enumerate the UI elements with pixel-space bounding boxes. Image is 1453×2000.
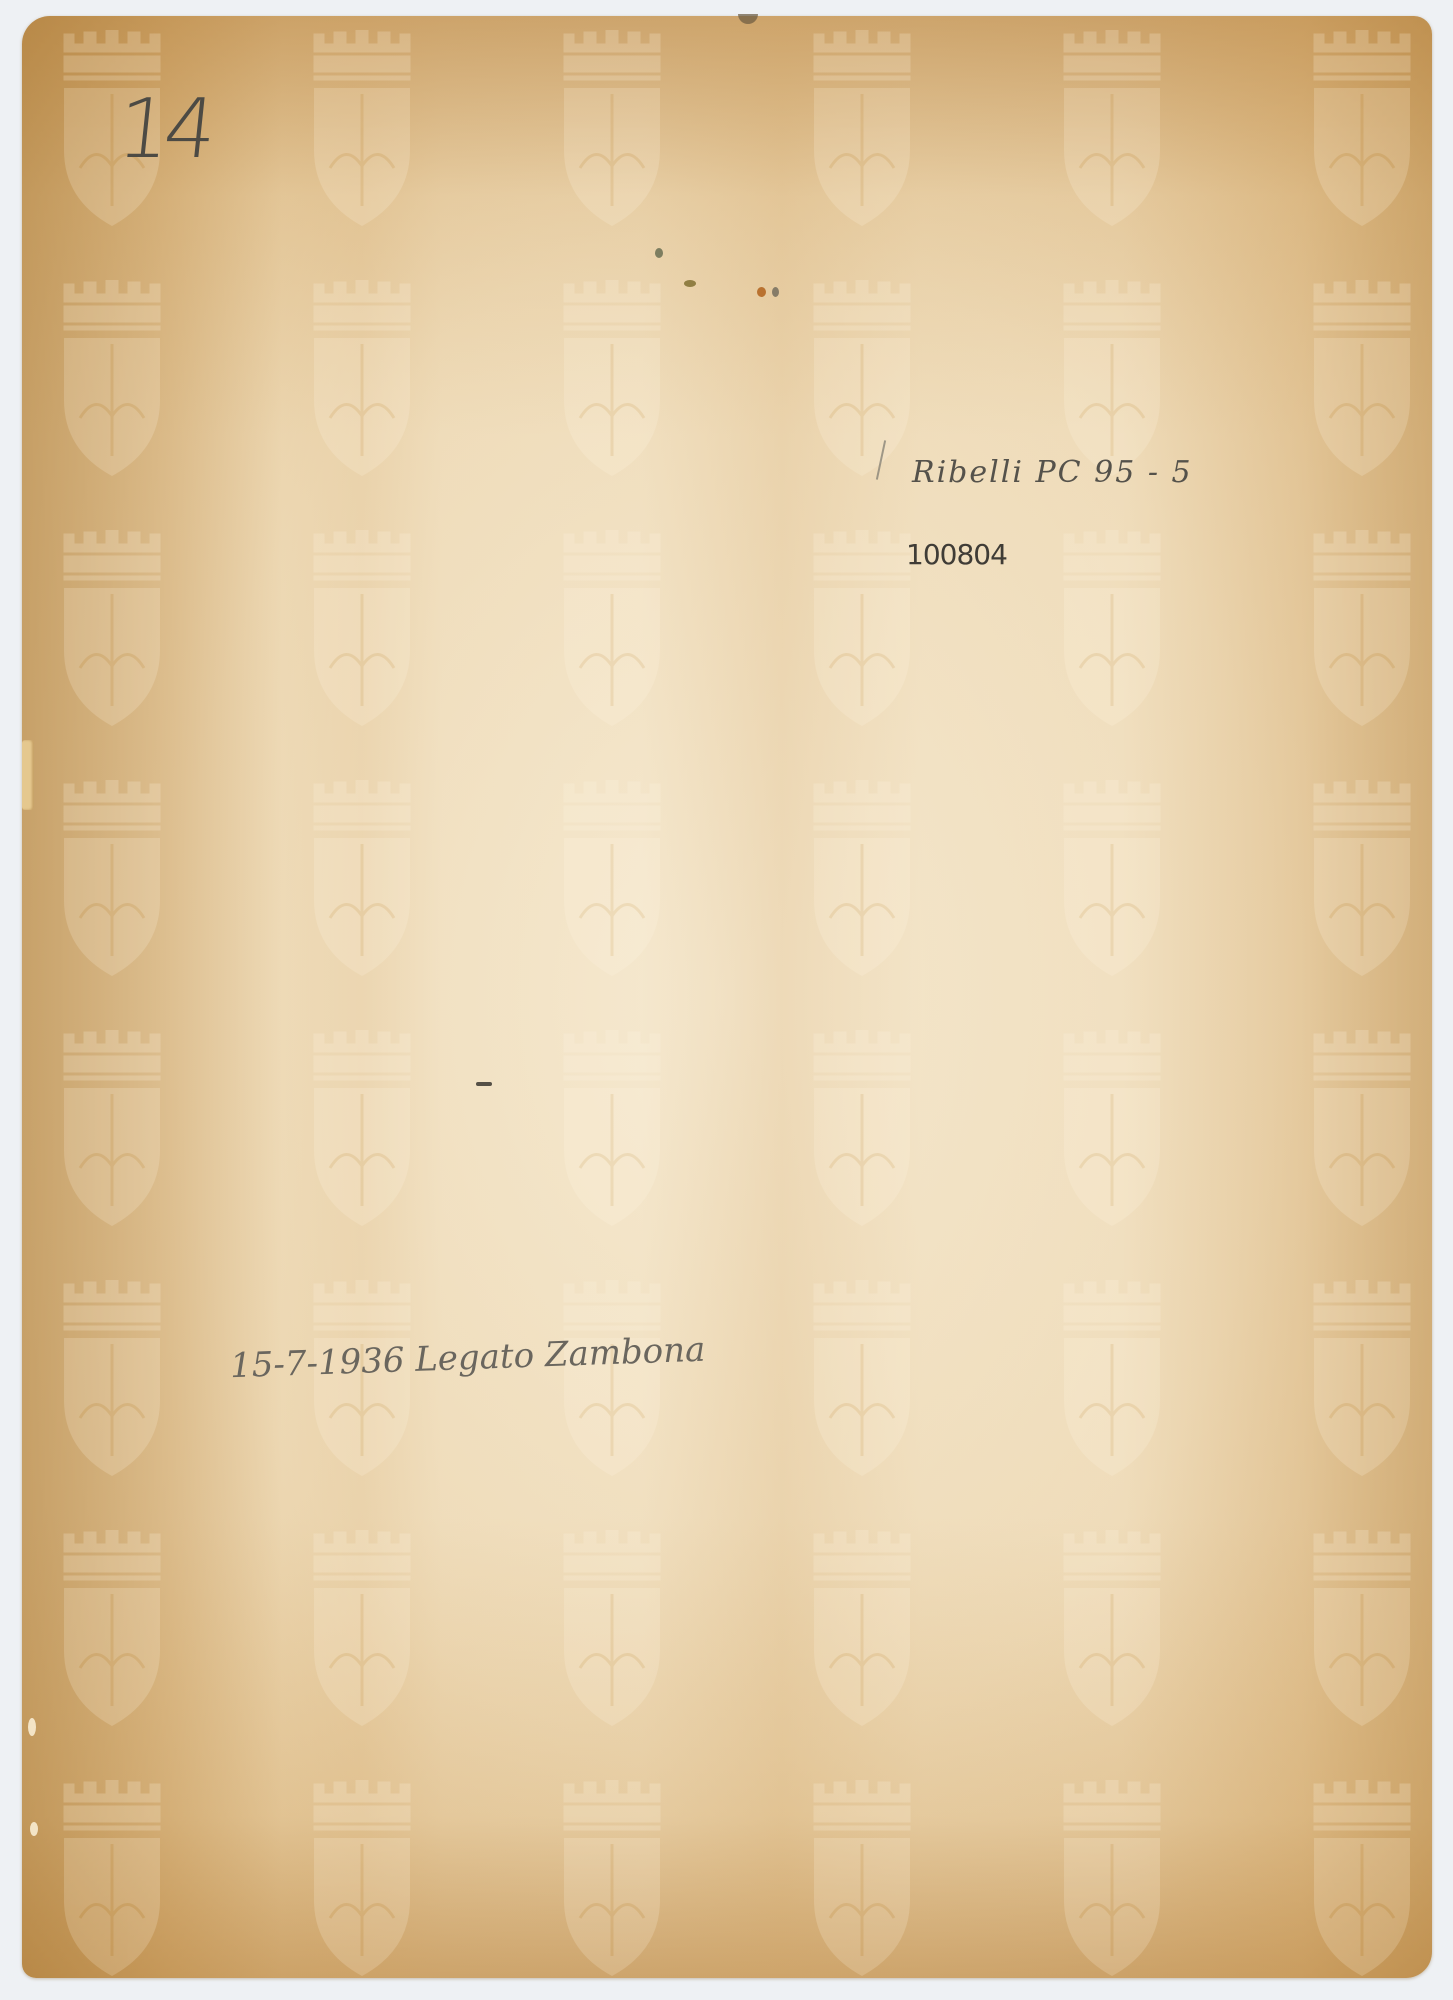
ink-spot — [772, 287, 779, 297]
ink-spot — [684, 280, 696, 287]
coat-of-arms-watermark-icon — [810, 1280, 914, 1480]
coat-of-arms-watermark-icon — [310, 530, 414, 730]
coat-of-arms-watermark-icon — [60, 530, 164, 730]
coat-of-arms-watermark-icon — [60, 780, 164, 980]
coat-of-arms-watermark-icon — [560, 280, 664, 480]
coat-of-arms-watermark-icon — [60, 280, 164, 480]
coat-of-arms-watermark-icon — [810, 1780, 914, 1978]
coat-of-arms-watermark-icon — [810, 1030, 914, 1230]
coat-of-arms-watermark-icon — [310, 1030, 414, 1230]
coat-of-arms-watermark-icon — [1310, 30, 1414, 230]
coat-of-arms-watermark-icon — [560, 530, 664, 730]
coat-of-arms-watermark-icon — [60, 1530, 164, 1730]
rust-spot — [757, 287, 766, 297]
coat-of-arms-watermark-icon — [810, 780, 914, 980]
coat-of-arms-watermark-icon — [310, 1530, 414, 1730]
handwritten-page-number: 14 — [113, 82, 215, 177]
coat-of-arms-watermark-icon — [60, 1780, 164, 1978]
pencil-dash — [476, 1082, 492, 1086]
coat-of-arms-watermark-icon — [1060, 1780, 1164, 1978]
coat-of-arms-watermark-icon — [1060, 1030, 1164, 1230]
coat-of-arms-watermark-icon — [310, 280, 414, 480]
coat-of-arms-watermark-icon — [560, 30, 664, 230]
coat-of-arms-watermark-icon — [560, 1780, 664, 1978]
coat-of-arms-watermark-icon — [1310, 780, 1414, 980]
coat-of-arms-watermark-icon — [1310, 1530, 1414, 1730]
coat-of-arms-watermark-icon — [310, 30, 414, 230]
coat-of-arms-watermark-icon — [1310, 1030, 1414, 1230]
coat-of-arms-watermark-icon — [1060, 530, 1164, 730]
coat-of-arms-watermark-icon — [60, 1030, 164, 1230]
coat-of-arms-watermark-icon — [310, 780, 414, 980]
coat-of-arms-watermark-icon — [810, 530, 914, 730]
coat-of-arms-watermark-icon — [1060, 280, 1164, 480]
margin-tear — [28, 1718, 36, 1736]
coat-of-arms-watermark-icon — [310, 1780, 414, 1978]
coat-of-arms-watermark-icon — [810, 280, 914, 480]
coat-of-arms-watermark-icon — [1310, 1780, 1414, 1978]
coat-of-arms-watermark-icon — [1060, 30, 1164, 230]
handwritten-inventory-number: 100804 — [906, 538, 1007, 571]
ink-spot — [655, 248, 663, 258]
coat-of-arms-watermark-icon — [560, 1030, 664, 1230]
coat-of-arms-watermark-icon — [1060, 780, 1164, 980]
coat-of-arms-watermark-icon — [810, 30, 914, 230]
coat-of-arms-watermark-icon — [560, 1280, 664, 1480]
coat-of-arms-watermark-icon — [1310, 280, 1414, 480]
coat-of-arms-watermark-icon — [1060, 1530, 1164, 1730]
binding-tab — [22, 740, 34, 810]
coat-of-arms-watermark-icon — [810, 1530, 914, 1730]
coat-of-arms-watermark-icon — [560, 780, 664, 980]
coat-of-arms-watermark-icon — [1310, 1280, 1414, 1480]
coat-of-arms-watermark-icon — [1060, 1280, 1164, 1480]
scanned-document: 14 Ribelli PC 95 - 5 100804 15-7-1936 Le… — [0, 0, 1453, 2000]
folder-cover-sheet — [22, 16, 1432, 1978]
coat-of-arms-watermark-icon — [1310, 530, 1414, 730]
margin-tear — [30, 1822, 38, 1836]
coat-of-arms-watermark-icon — [560, 1530, 664, 1730]
coat-of-arms-watermark-icon — [60, 1280, 164, 1480]
handwritten-call-number: Ribelli PC 95 - 5 — [912, 455, 1193, 490]
